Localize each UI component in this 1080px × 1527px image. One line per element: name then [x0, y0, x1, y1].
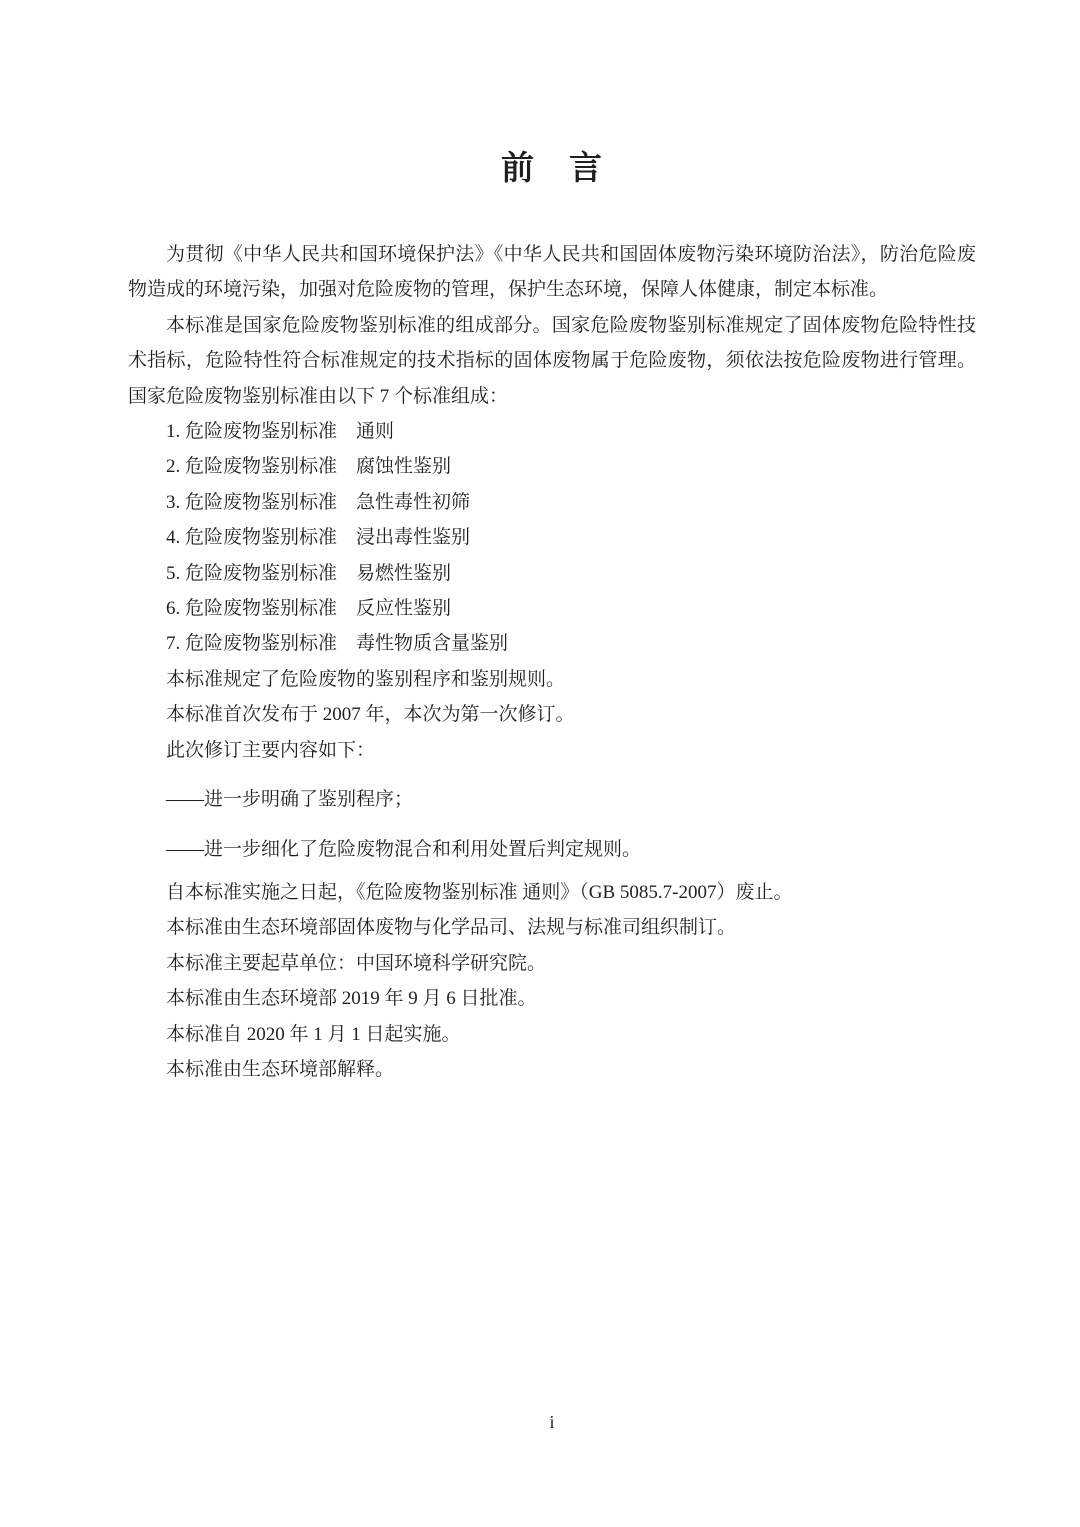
- page-title: 前 言: [128, 150, 976, 186]
- document-page: 前 言 为贯彻《中华人民共和国环境保护法》《中华人民共和国固体废物污染环境防治法…: [0, 0, 1080, 1527]
- standards-list-item-5: 5. 危险废物鉴别标准 易燃性鉴别: [128, 556, 976, 591]
- page-number: i: [128, 1412, 976, 1433]
- standards-list-item-1: 1. 危险废物鉴别标准 通则: [128, 414, 976, 449]
- standards-list: 1. 危险废物鉴别标准 通则 2. 危险废物鉴别标准 腐蚀性鉴别 3. 危险废物…: [128, 414, 976, 662]
- revision-item-1: ——进一步明确了鉴别程序；: [128, 782, 976, 817]
- paragraph-organizer: 本标准由生态环境部固体废物与化学品司、法规与标准司组织制订。: [128, 910, 976, 945]
- paragraph-drafter: 本标准主要起草单位：中国环境科学研究院。: [128, 946, 976, 981]
- standards-list-item-2: 2. 危险废物鉴别标准 腐蚀性鉴别: [128, 449, 976, 484]
- paragraph-scope: 本标准规定了危险废物的鉴别程序和鉴别规则。: [128, 662, 976, 697]
- paragraph-revision-intro: 此次修订主要内容如下：: [128, 733, 976, 768]
- paragraph-approval: 本标准由生态环境部 2019 年 9 月 6 日批准。: [128, 981, 976, 1016]
- paragraph-replacement: 自本标准实施之日起，《危险废物鉴别标准 通则》（GB 5085.7-2007）废…: [128, 875, 976, 910]
- page-content: 前 言 为贯彻《中华人民共和国环境保护法》《中华人民共和国固体废物污染环境防治法…: [128, 150, 976, 1087]
- revision-item-2: ——进一步细化了危险废物混合和利用处置后判定规则。: [128, 832, 976, 867]
- standards-list-item-4: 4. 危险废物鉴别标准 浸出毒性鉴别: [128, 520, 976, 555]
- paragraph-implementation: 本标准自 2020 年 1 月 1 日起实施。: [128, 1017, 976, 1052]
- paragraph-interpretation: 本标准由生态环境部解释。: [128, 1052, 976, 1087]
- paragraph-standard-system: 本标准是国家危险废物鉴别标准的组成部分。国家危险废物鉴别标准规定了固体废物危险特…: [128, 308, 976, 414]
- paragraph-purpose: 为贯彻《中华人民共和国环境保护法》《中华人民共和国固体废物污染环境防治法》，防治…: [128, 237, 976, 308]
- standards-list-item-3: 3. 危险废物鉴别标准 急性毒性初筛: [128, 485, 976, 520]
- standards-list-item-7: 7. 危险废物鉴别标准 毒性物质含量鉴别: [128, 626, 976, 661]
- paragraph-history: 本标准首次发布于 2007 年，本次为第一次修订。: [128, 697, 976, 732]
- standards-list-item-6: 6. 危险废物鉴别标准 反应性鉴别: [128, 591, 976, 626]
